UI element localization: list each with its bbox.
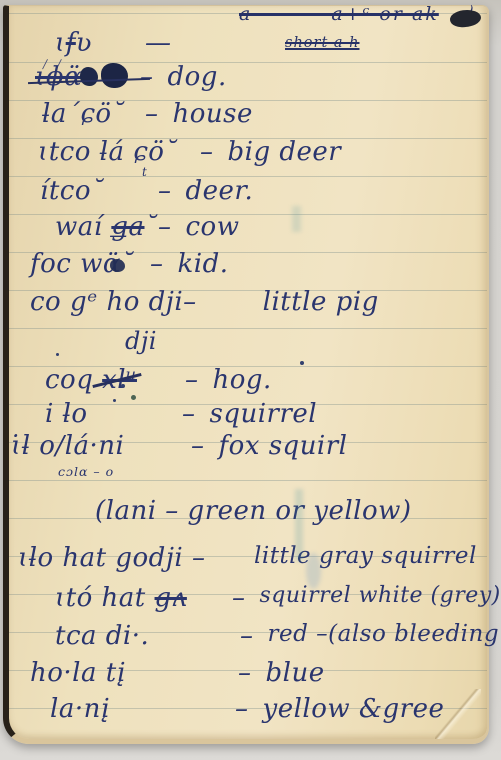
gloss-text: squirrel bbox=[210, 400, 318, 429]
native-pre: ɩ̇ƚ o/lá·ni bbox=[11, 431, 124, 461]
smudge bbox=[292, 206, 301, 232]
native-text: ƚa´ɕö˘ bbox=[42, 100, 145, 129]
gloss-text: hog. bbox=[213, 366, 272, 395]
entry-row: waí ǥa˘ – cow bbox=[55, 213, 239, 242]
native-pre: i ƚo bbox=[45, 399, 88, 429]
entry-row: ƚa´ɕö˘ – house bbox=[42, 100, 253, 129]
smudge bbox=[295, 489, 303, 561]
gloss-text: squirrel white (grey) bbox=[260, 584, 501, 608]
ink-dot bbox=[300, 361, 304, 365]
gloss-text: big deer bbox=[228, 138, 342, 167]
native-text: (lani – green or yellow) bbox=[95, 497, 412, 526]
native-pre: waí bbox=[55, 212, 111, 242]
gloss-text: kid. bbox=[178, 250, 229, 279]
dash: – bbox=[158, 213, 172, 242]
dash: – bbox=[145, 100, 159, 129]
native-text: ɩtco ƚá ɕö˘ bbox=[38, 138, 200, 167]
entry-row: ítco˘ – deer. bbox=[40, 177, 253, 206]
native-text: waí ǥa˘ bbox=[55, 213, 158, 242]
dash: – bbox=[158, 177, 172, 206]
native-text: co gᵉ ho dji bbox=[30, 288, 183, 317]
native-pre: la·nį bbox=[50, 694, 110, 724]
dash: – bbox=[238, 659, 252, 688]
dash: – bbox=[240, 622, 254, 651]
native-post: ˘ bbox=[145, 212, 159, 242]
dash: – bbox=[235, 695, 249, 724]
entry-row: i ƚo – squirrel bbox=[45, 400, 317, 429]
entry-row: ɩtco ƚá ɕö˘ – big deer bbox=[38, 138, 341, 167]
strikethrough-text: ǥa bbox=[111, 212, 144, 242]
gloss-text: little pig bbox=[263, 288, 379, 317]
entry-row: coq xƚᵘ – hog. bbox=[45, 366, 272, 395]
native-post: ʋ bbox=[76, 28, 92, 58]
dash: – bbox=[232, 584, 246, 613]
native-text: ɩfʋ bbox=[55, 29, 145, 58]
entry-row: ɩɸɑ̈ – dog. bbox=[35, 63, 227, 92]
native-pre: (lani – green or yellow) bbox=[95, 496, 412, 526]
entry-row: tca di·. – red –(also bleeding bbox=[55, 622, 499, 651]
native-text: la·nį bbox=[50, 695, 235, 724]
entry-row: ɩƚo hat godji – little gray squirrel bbox=[18, 544, 477, 573]
parenthetical-note: (lani – green or yellow) bbox=[95, 497, 412, 526]
entry-row: la·nį – yellow &gree bbox=[50, 695, 444, 724]
gloss-text: deer. bbox=[186, 177, 254, 206]
native-text: ho·la tį bbox=[30, 659, 238, 688]
notebook-page: a ——— a+ᶜ or ak short a h ) ∕ ∕ ɩfʋ — ɩɸ… bbox=[3, 5, 489, 744]
native-pre: coq bbox=[45, 365, 102, 395]
gloss-text: fox squirl bbox=[219, 432, 348, 461]
entry-row: ho·la tį – blue bbox=[30, 659, 325, 688]
sub-annotation: cɔlɑ – o bbox=[58, 465, 114, 479]
ink-blot bbox=[449, 8, 482, 29]
dash: – bbox=[183, 288, 197, 317]
superscript-diacritic: t bbox=[142, 166, 147, 179]
dash: – bbox=[185, 366, 199, 395]
scan-background: { "colors": { "ink": "#2a356e", "paper":… bbox=[0, 0, 501, 760]
ink-dot bbox=[121, 384, 125, 388]
header-note: a ——— a+ᶜ or ak short a h bbox=[239, 4, 439, 53]
entry-row: ɩfʋ — bbox=[55, 29, 186, 58]
gloss-text: red –(also bleeding bbox=[268, 622, 500, 647]
header-note-annotation: short a h bbox=[285, 36, 359, 52]
ink-blot bbox=[80, 67, 98, 86]
dash: – bbox=[191, 432, 205, 461]
native-pre: ɩtco ƚá ɕö˘ bbox=[38, 137, 178, 167]
native-pre: ƚa´ɕö˘ bbox=[42, 99, 125, 129]
dash: – bbox=[150, 250, 164, 279]
gloss-text: dog. bbox=[168, 63, 227, 92]
entry-row: ɩ̇ƚ o/lá·ni – fox squirl bbox=[11, 432, 348, 461]
ink-blot bbox=[101, 63, 128, 88]
native-text: ítco˘ bbox=[40, 177, 158, 206]
native-pre: tca di·. bbox=[55, 621, 149, 651]
native-pre: ɩƚo hat godji – bbox=[18, 543, 205, 573]
smudge bbox=[306, 553, 321, 589]
ink-blot bbox=[110, 259, 125, 272]
gloss-text: little gray squirrel bbox=[254, 544, 477, 569]
gloss-text: yellow &gree bbox=[263, 695, 445, 724]
entry-row: ɩtó hat gʌ – squirrel white (grey) bbox=[55, 584, 501, 613]
strikethrough-text: gʌ bbox=[155, 583, 187, 613]
native-pre: ɩtó hat bbox=[55, 583, 155, 613]
page-crease bbox=[435, 689, 481, 739]
gloss-text: blue bbox=[266, 659, 325, 688]
native-text: ɩ̇ƚ o/lá·ni bbox=[11, 432, 191, 461]
ink-dot bbox=[113, 399, 116, 402]
native-pre: co gᵉ ho dji bbox=[30, 287, 183, 317]
ink-dot bbox=[131, 395, 136, 400]
native-pre: ɩ bbox=[55, 28, 66, 58]
native-text: ɩƚo hat godji – bbox=[18, 544, 240, 573]
dash: – bbox=[182, 400, 196, 429]
entry-row: co gᵉ ho dji – little pig bbox=[30, 288, 379, 317]
strikethrough-text: f bbox=[66, 28, 76, 58]
native-text: tca di·. bbox=[55, 622, 240, 651]
gloss-text: house bbox=[173, 100, 253, 129]
native-text: i ƚo bbox=[45, 400, 182, 429]
dash: – bbox=[200, 138, 214, 167]
native-pre: ho·la tį bbox=[30, 658, 126, 688]
ink-dot bbox=[56, 353, 59, 356]
header-note-struck-text: a ——— a+ᶜ or ak bbox=[239, 4, 439, 25]
strikethrough-text: ɩɸɑ̈ bbox=[35, 62, 82, 92]
native-pre: ítco˘ bbox=[40, 176, 104, 206]
native-text: ɩtó hat gʌ bbox=[55, 584, 232, 613]
native-text: foc wɑ̈˘ bbox=[30, 250, 150, 279]
gloss-text: cow bbox=[186, 213, 240, 242]
entry-row: foc wɑ̈˘ – kid. bbox=[30, 250, 228, 279]
dash: — bbox=[145, 29, 172, 58]
sub-annotation: dji bbox=[125, 328, 157, 354]
